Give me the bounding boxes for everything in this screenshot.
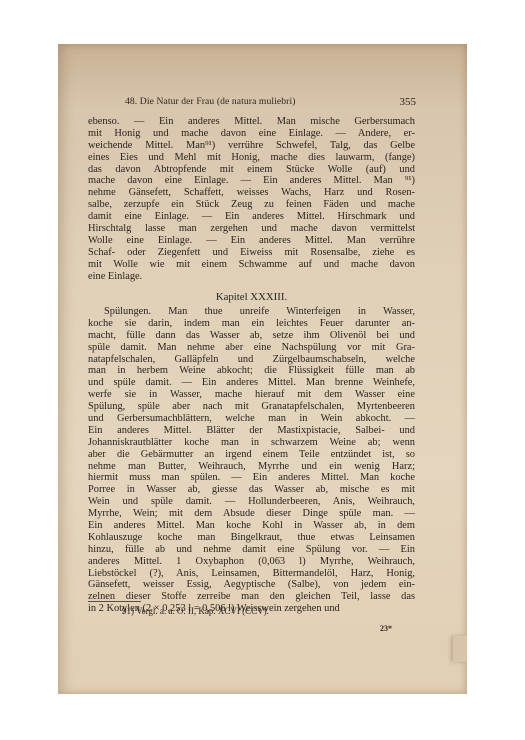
text-line: macht, fülle dann das Wasser ab, setze i… bbox=[88, 330, 415, 342]
text-line: ebenso. — Ein anderes Mittel. Man mische… bbox=[88, 116, 415, 128]
text-line: Hirschtalg lasse man zergehen und mache … bbox=[88, 223, 415, 235]
footnote-rule bbox=[88, 601, 141, 602]
text-line: Ein anderes Mittel. Blätter der Mastixpi… bbox=[88, 425, 415, 437]
text-line: Schaf- oder Ziegenfett und Eiweiss mit R… bbox=[88, 247, 415, 259]
text-line: Wolle eine Einlage. — Ein anderes Mittel… bbox=[88, 235, 415, 247]
text-line: Johanniskrautblätter koche man in schwar… bbox=[88, 437, 415, 449]
footnote: 91) Vergl. a. a. O. II, Kap. XCVI (CCV). bbox=[122, 606, 269, 616]
page-number: 355 bbox=[400, 96, 417, 108]
text-line: man in herbem Weine abkocht; die Flüssig… bbox=[88, 365, 415, 377]
text-line: mit Honig und mache davon eine Einlage. … bbox=[88, 128, 415, 140]
text-line: hinzu, fülle ab und nehme damit eine Spü… bbox=[88, 544, 415, 556]
text-line: mit Wolle wie mit einem Schwamme auf und… bbox=[88, 259, 415, 271]
text-line: weichende Mittel. Man⁹¹) verrühre Schwef… bbox=[88, 140, 415, 152]
text-line: Spülung, spüle aber nach mit Granatapfel… bbox=[88, 401, 415, 413]
paragraph-1: ebenso. — Ein anderes Mittel. Man mische… bbox=[88, 116, 415, 282]
text-line: mache davon eine Einlage. — Ein anderes … bbox=[88, 175, 415, 187]
text-line: natapfelschalen, Galläpfeln und Zürgelba… bbox=[88, 354, 415, 366]
text-line: Liebstöckel (?), Anis, Leinsamen, Bitter… bbox=[88, 568, 415, 580]
text-line: Gänsefett, weisser Essig, Aegyptische (S… bbox=[88, 579, 415, 591]
text-line: werfe sie in Wasser, mache hierauf mit d… bbox=[88, 389, 415, 401]
running-head-title: 48. Die Natur der Frau (de natura mulieb… bbox=[125, 96, 296, 107]
text-line: spüle damit. Man nehme aber eine Nachspü… bbox=[88, 342, 415, 354]
text-line: Wein und spüle damit. — Hollunderbeeren,… bbox=[88, 496, 415, 508]
text-line: und spüle damit. — Ein anderes Mittel. M… bbox=[88, 377, 415, 389]
text-line: und Gerbersumachblättern, welche man in … bbox=[88, 413, 415, 425]
text-line: nehme Gänsefett, Schaffett, weisses Wach… bbox=[88, 187, 415, 199]
text-line: aber die Gebärmutter an irgend einem Tei… bbox=[88, 449, 415, 461]
text-line: damit eine Einlage. — Ein anderes Mittel… bbox=[88, 211, 415, 223]
running-head: 48. Die Natur der Frau (de natura mulieb… bbox=[88, 96, 416, 108]
text-line: eine Einlage. bbox=[88, 271, 415, 283]
text-line: Spülungen. Man thue unreife Winterfeigen… bbox=[88, 306, 415, 318]
text-line: Porree in Wasser ab, giesse das Wasser a… bbox=[88, 484, 415, 496]
text-line: hiermit muss man spülen. — Ein anderes M… bbox=[88, 472, 415, 484]
printer-signature: 23* bbox=[380, 624, 392, 633]
text-line: anderes Mittel. 1 Oxybaphon (0,063 l) My… bbox=[88, 556, 415, 568]
text-line: Ein anderes Mittel. Man koche Kohl in Wa… bbox=[88, 520, 415, 532]
chapter-heading: Kapitel XXXIII. bbox=[88, 291, 415, 303]
paragraph-2: Spülungen. Man thue unreife Winterfeigen… bbox=[88, 306, 415, 615]
text-line: koche sie darin, indem man ein leichtes … bbox=[88, 318, 415, 330]
text-line: eines Eies und Mehl mit Honig, mache die… bbox=[88, 152, 415, 164]
text-line: Kohlauszuge koche man Bingelkraut, thue … bbox=[88, 532, 415, 544]
text-line: Myrrhe, Wein; mit dem Absude dieser Ding… bbox=[88, 508, 415, 520]
text-line: salbe, zerzupfe ein Stück Zeug zu feinen… bbox=[88, 199, 415, 211]
text-line: das davon Abtropfende mit einem Stücke W… bbox=[88, 164, 415, 176]
text-line: nehme man Butter, Weihrauch, Myrrhe und … bbox=[88, 461, 415, 473]
